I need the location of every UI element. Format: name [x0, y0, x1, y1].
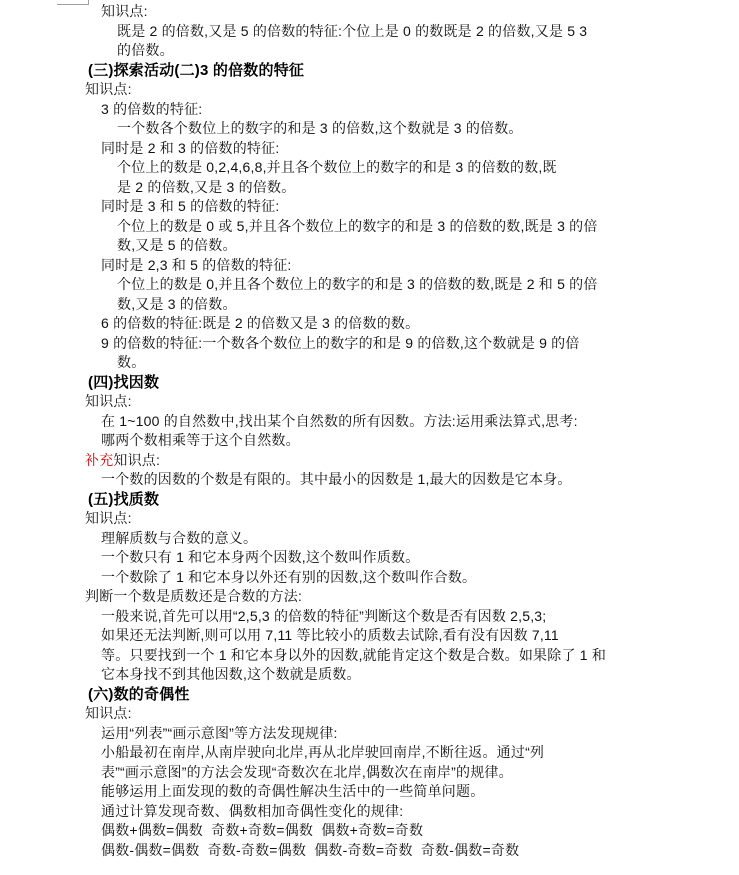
text-line: 同时是 2 和 3 的倍数的特征:: [0, 139, 739, 159]
section-heading: (六)数的奇偶性: [0, 685, 739, 705]
text-line: 表”“画示意图”的方法会发现“奇数次在北岸,偶数次在南岸”的规律。: [0, 763, 739, 783]
text-line: 个位上的数是 0 或 5,并且各个数位上的数字的和是 3 的倍数的数,既是 3 …: [0, 217, 739, 237]
section-heading: (四)找因数: [0, 373, 739, 393]
text-line: 一个数的因数的个数是有限的。其中最小的因数是 1,最大的因数是它本身。: [0, 470, 739, 490]
text-line: 一个数各个数位上的数字的和是 3 的倍数,这个数就是 3 的倍数。: [0, 119, 739, 139]
text-line: 偶数+偶数=偶数 奇数+奇数=偶数 偶数+奇数=奇数: [0, 821, 739, 841]
text-line: 在 1~100 的自然数中,找出某个自然数的所有因数。方法:运用乘法算式,思考:: [0, 412, 739, 432]
text-line: 理解质数与合数的意义。: [0, 529, 739, 549]
text-line: 偶数-偶数=偶数 奇数-奇数=偶数 偶数-奇数=奇数 奇数-偶数=奇数: [0, 841, 739, 861]
text-line: 运用“列表”“画示意图”等方法发现规律:: [0, 724, 739, 744]
text-line: 数。: [0, 353, 739, 373]
text-line: 补充知识点:: [0, 451, 739, 471]
text-line: 6 的倍数的特征:既是 2 的倍数又是 3 的倍数的数。: [0, 314, 739, 334]
text-line: 数,又是 3 的倍数。: [0, 295, 739, 315]
text-line: 个位上的数是 0,2,4,6,8,并且各个数位上的数字的和是 3 的倍数的数,既: [0, 158, 739, 178]
text-line: 知识点:: [0, 80, 739, 100]
text-line: 一个数只有 1 和它本身两个因数,这个数叫作质数。: [0, 548, 739, 568]
supplement-label: 补充: [85, 452, 113, 468]
text-line: 知识点:: [0, 509, 739, 529]
section-heading: (五)找质数: [0, 490, 739, 510]
text-line: 哪两个数相乘等于这个自然数。: [0, 431, 739, 451]
document-page: 知识点:既是 2 的倍数,又是 5 的倍数的特征:个位上是 0 的数既是 2 的…: [0, 0, 739, 875]
text-line: 小船最初在南岸,从南岸驶向北岸,再从北岸驶回南岸,不断往返。通过“列: [0, 743, 739, 763]
text-line: 的倍数。: [0, 41, 739, 61]
text-line: 如果还无法判断,则可以用 7,11 等比较小的质数去试除,看有没有因数 7,11: [0, 626, 739, 646]
text-line: 一般来说,首先可以用“2,5,3 的倍数的特征”判断这个数是否有因数 2,5,3…: [0, 607, 739, 627]
text-line: 它本身找不到其他因数,这个数就是质数。: [0, 665, 739, 685]
section-heading: (三)探索活动(二)3 的倍数的特征: [0, 61, 739, 81]
text-line: 9 的倍数的特征:一个数各个数位上的数字的和是 9 的倍数,这个数就是 9 的倍: [0, 334, 739, 354]
text-line: 一个数除了 1 和它本身以外还有别的因数,这个数叫作合数。: [0, 568, 739, 588]
text-line: 3 的倍数的特征:: [0, 100, 739, 120]
text-line: 知识点:: [0, 2, 739, 22]
text-line: 同时是 2,3 和 5 的倍数的特征:: [0, 256, 739, 276]
text-line: 个位上的数是 0,并且各个数位上的数字的和是 3 的倍数的数,既是 2 和 5 …: [0, 275, 739, 295]
text-line: 数,又是 5 的倍数。: [0, 236, 739, 256]
text-line: 知识点:: [0, 704, 739, 724]
text-line: 是 2 的倍数,又是 3 的倍数。: [0, 178, 739, 198]
text-line: 知识点:: [0, 392, 739, 412]
text-line: 既是 2 的倍数,又是 5 的倍数的特征:个位上是 0 的数既是 2 的倍数,又…: [0, 22, 739, 42]
text-line: 通过计算发现奇数、偶数相加奇偶性变化的规律:: [0, 802, 739, 822]
text-line: 判断一个数是质数还是合数的方法:: [0, 587, 739, 607]
text-line: 同时是 3 和 5 的倍数的特征:: [0, 197, 739, 217]
document-body: 知识点:既是 2 的倍数,又是 5 的倍数的特征:个位上是 0 的数既是 2 的…: [0, 2, 739, 860]
text-line: 能够运用上面发现的数的奇偶性解决生活中的一些简单问题。: [0, 782, 739, 802]
text-line: 等。只要找到一个 1 和它本身以外的因数,就能肯定这个数是合数。如果除了 1 和: [0, 646, 739, 666]
